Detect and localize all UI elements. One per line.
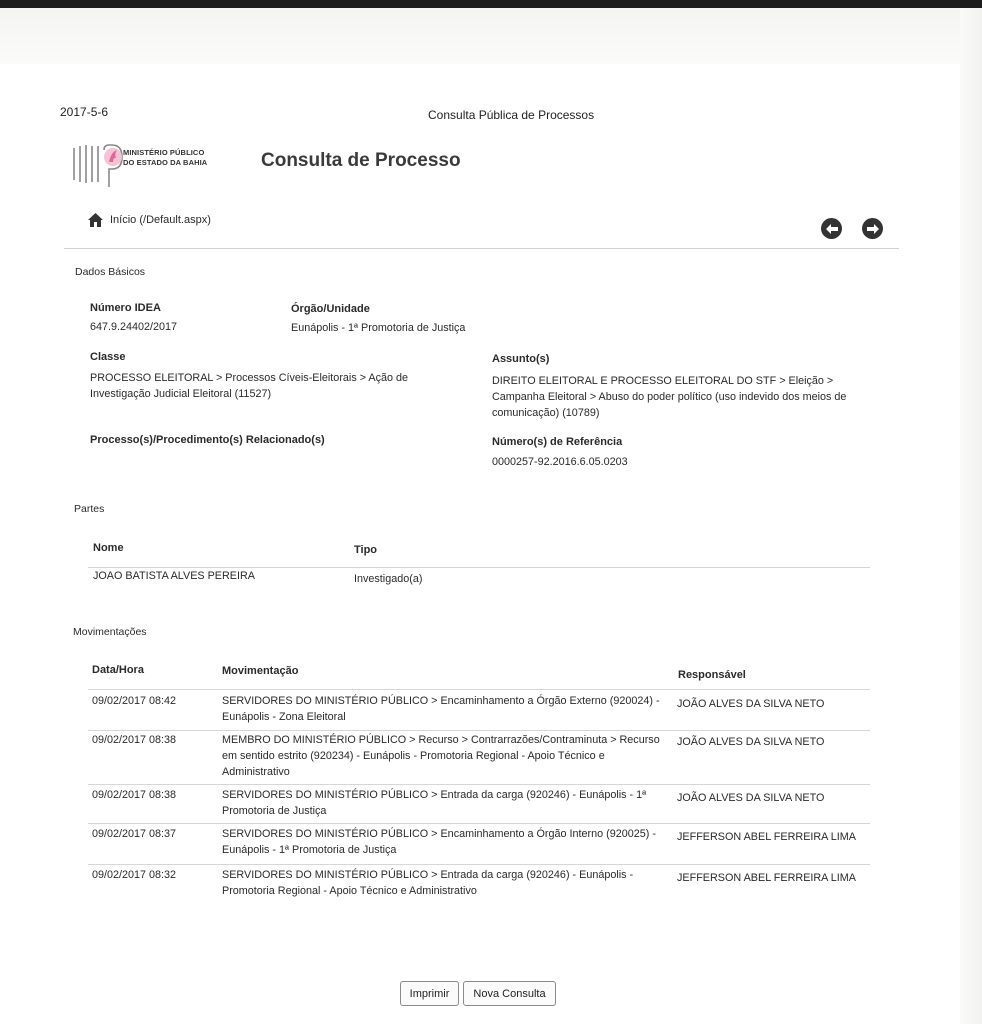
home-link-label: Início (/Default.aspx)	[110, 214, 211, 226]
previous-button[interactable]	[821, 218, 842, 239]
section-movimentacoes: Movimentações	[73, 626, 147, 638]
section-dados-basicos: Dados Básicos	[75, 266, 145, 278]
home-icon	[88, 213, 103, 227]
partes-col-nome: Nome	[93, 542, 124, 554]
logo-line2: DO ESTADO DA BAHIA	[123, 158, 207, 168]
mov-col-movimentacao: Movimentação	[222, 665, 298, 677]
scan-edge	[960, 8, 982, 1024]
referencia-label: Número(s) de Referência	[492, 436, 622, 448]
mov-responsavel: JEFFERSON ABEL FERREIRA LIMA	[677, 829, 856, 845]
mov-descricao: SERVIDORES DO MINISTÉRIO PÚBLICO > Entra…	[222, 787, 662, 819]
print-title: Consulta Pública de Processos	[428, 108, 594, 122]
print-button[interactable]: Imprimir	[400, 981, 459, 1006]
orgao-unidade-label: Órgão/Unidade	[291, 303, 370, 315]
page-title: Consulta de Processo	[261, 150, 461, 172]
arrow-left-circle-icon	[826, 224, 838, 234]
partes-col-tipo: Tipo	[354, 544, 377, 556]
scan-shading	[0, 8, 982, 64]
next-button[interactable]	[862, 218, 883, 239]
mov-responsavel: JOÃO ALVES DA SILVA NETO	[677, 790, 824, 806]
section-partes: Partes	[74, 503, 104, 515]
divider	[64, 248, 899, 249]
print-date: 2017-5-6	[60, 105, 108, 119]
assuntos-value: DIREITO ELEITORAL E PROCESSO ELEITORAL D…	[492, 373, 867, 421]
logo-line1: MINISTÉRIO PÚBLICO	[123, 148, 207, 158]
mov-responsavel: JOÃO ALVES DA SILVA NETO	[677, 696, 824, 712]
mov-header-line	[88, 689, 870, 690]
mov-responsavel: JEFFERSON ABEL FERREIRA LIMA	[677, 870, 856, 886]
row-divider	[88, 784, 870, 785]
mov-col-data: Data/Hora	[92, 664, 144, 676]
mov-responsavel: JOÃO ALVES DA SILVA NETO	[677, 734, 824, 750]
row-divider	[88, 864, 870, 865]
logo-text: MINISTÉRIO PÚBLICO DO ESTADO DA BAHIA	[123, 148, 207, 168]
mov-descricao: SERVIDORES DO MINISTÉRIO PÚBLICO > Entra…	[222, 867, 662, 899]
mov-col-responsavel: Responsável	[678, 669, 746, 681]
numero-idea-value: 647.9.24402/2017	[90, 319, 177, 335]
assuntos-label: Assunto(s)	[492, 353, 549, 365]
parte-tipo: Investigado(a)	[354, 571, 422, 587]
mov-data: 09/02/2017 08:37	[92, 826, 176, 842]
mov-data: 09/02/2017 08:38	[92, 732, 176, 748]
mov-descricao: SERVIDORES DO MINISTÉRIO PÚBLICO > Encam…	[222, 693, 674, 725]
mov-data: 09/02/2017 08:32	[92, 867, 176, 883]
classe-label: Classe	[90, 351, 125, 363]
row-divider	[88, 823, 870, 824]
arrow-right-circle-icon	[867, 224, 879, 234]
relacionados-label: Processo(s)/Procedimento(s) Relacionado(…	[90, 434, 325, 446]
referencia-value: 0000257-92.2016.6.05.0203	[492, 454, 628, 470]
mov-data: 09/02/2017 08:42	[92, 693, 176, 709]
classe-value: PROCESSO ELEITORAL > Processos Cíveis-El…	[90, 370, 430, 402]
orgao-unidade-value: Eunápolis - 1ª Promotoria de Justiça	[291, 320, 465, 336]
parte-nome: JOAO BATISTA ALVES PEREIRA	[93, 568, 255, 584]
scan-border	[0, 0, 982, 8]
home-link[interactable]: Início (/Default.aspx)	[88, 213, 211, 227]
row-divider	[88, 730, 870, 731]
mov-descricao: MEMBRO DO MINISTÉRIO PÚBLICO > Recurso >…	[222, 732, 674, 780]
mov-descricao: SERVIDORES DO MINISTÉRIO PÚBLICO > Encam…	[222, 826, 674, 858]
new-query-button[interactable]: Nova Consulta	[463, 981, 556, 1006]
numero-idea-label: Número IDEA	[90, 302, 161, 314]
mov-data: 09/02/2017 08:38	[92, 787, 176, 803]
